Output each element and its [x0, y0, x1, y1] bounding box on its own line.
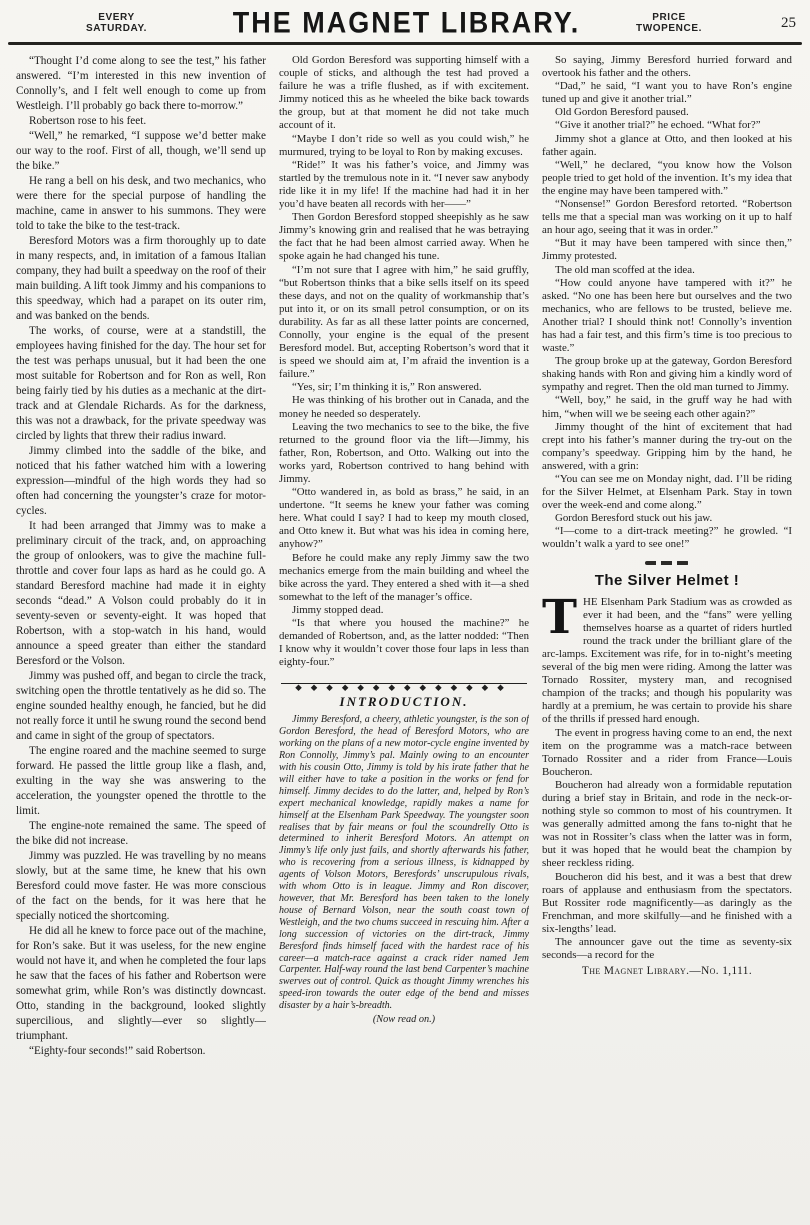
- paragraph: Boucheron had already won a formidable r…: [542, 779, 792, 871]
- section-heading: The Silver Helmet !: [542, 572, 792, 589]
- issue-frequency-line1: EVERY: [14, 12, 219, 23]
- paragraph: “But it may have been tampered with sinc…: [542, 237, 792, 263]
- paragraph: Before he could make any reply Jimmy saw…: [279, 552, 529, 604]
- column-2: Old Gordon Beresford was supporting hims…: [279, 54, 529, 1214]
- paragraph: He did all he knew to force pace out of …: [16, 924, 266, 1044]
- paragraph: Jimmy thought of the hint of excitement …: [542, 421, 792, 473]
- column-1: “Thought I’d come along to see the test,…: [16, 54, 266, 1214]
- paragraph: “Yes, sir; I’m thinking it is,” Ron answ…: [279, 381, 529, 394]
- paragraph: Boucheron did his best, and it was a bes…: [542, 871, 792, 936]
- text-columns: “Thought I’d come along to see the test,…: [0, 45, 810, 1214]
- issue-price-line2: TWOPENCE.: [594, 23, 744, 34]
- paragraph: “I—come to a dirt-track meeting?” he gro…: [542, 525, 792, 551]
- paragraph: So saying, Jimmy Beresford hurried forwa…: [542, 54, 792, 80]
- paragraph: “Otto wandered in, as bold as brass,” he…: [279, 486, 529, 551]
- opening-paragraph: THE Elsenham Park Stadium was as crowded…: [542, 596, 792, 727]
- paragraph: Jimmy was puzzled. He was travelling by …: [16, 849, 266, 924]
- paragraph: Old Gordon Beresford paused.: [542, 106, 792, 119]
- magazine-page: EVERY SATURDAY. THE MAGNET LIBRARY. PRIC…: [0, 0, 810, 1225]
- paragraph: The engine roared and the machine seemed…: [16, 744, 266, 819]
- paragraph: “Dad,” he said, “I want you to have Ron’…: [542, 80, 792, 106]
- paragraph: Beresford Motors was a firm thoroughly u…: [16, 234, 266, 324]
- paragraph: Then Gordon Beresford stopped sheepishly…: [279, 211, 529, 263]
- drop-cap: T: [542, 596, 583, 639]
- issue-price: PRICE TWOPENCE.: [594, 12, 744, 34]
- paragraph: The group broke up at the gateway, Gordo…: [542, 355, 792, 394]
- paragraph: “Give it another trial?” he echoed. “Wha…: [542, 119, 792, 132]
- paragraph: “How could anyone have tampered with it?…: [542, 277, 792, 356]
- introduction-body: Jimmy Beresford, a cheery, athletic youn…: [279, 714, 529, 1012]
- column-3: So saying, Jimmy Beresford hurried forwa…: [542, 54, 792, 1214]
- issue-colophon: The Magnet Library.—No. 1,111.: [542, 965, 792, 977]
- paragraph: He rang a bell on his desk, and two mech…: [16, 174, 266, 234]
- now-read-on: (Now read on.): [279, 1014, 529, 1025]
- paragraph: Jimmy stopped dead.: [279, 604, 529, 617]
- paragraph: Jimmy climbed into the saddle of the bik…: [16, 444, 266, 519]
- paragraph: “Thought I’d come along to see the test,…: [16, 54, 266, 114]
- paragraph: “You can see me on Monday night, dad. I’…: [542, 473, 792, 512]
- paragraph: “Is that where you housed the machine?” …: [279, 617, 529, 669]
- diamond-chain-icon: ◆◆◆◆◆◆◆◆◆◆◆◆◆◆: [295, 683, 513, 693]
- paragraph: “Well, boy,” he said, in the gruff way h…: [542, 394, 792, 420]
- paragraph: “Eighty-four seconds!” said Robertson.: [16, 1044, 266, 1059]
- paragraph: “Ride!” It was his father’s voice, and J…: [279, 159, 529, 211]
- paragraph: The event in progress having come to an …: [542, 727, 792, 779]
- issue-price-line1: PRICE: [594, 12, 744, 23]
- paragraph: “Well,” he remarked, “I suppose we’d bet…: [16, 129, 266, 174]
- paragraph: Gordon Beresford stuck out his jaw.: [542, 512, 792, 525]
- paragraph: The works, of course, were at a standsti…: [16, 324, 266, 444]
- paragraph: Old Gordon Beresford was supporting hims…: [279, 54, 529, 133]
- diamond-divider: ◆◆◆◆◆◆◆◆◆◆◆◆◆◆: [279, 677, 529, 690]
- paragraph: “Well,” he declared, “you know how the V…: [542, 159, 792, 198]
- paragraph: The engine-note remained the same. The s…: [16, 819, 266, 849]
- issue-frequency-line2: SATURDAY.: [14, 23, 219, 34]
- paragraph: Robertson rose to his feet.: [16, 114, 266, 129]
- issue-frequency: EVERY SATURDAY.: [14, 12, 219, 34]
- page-number: 25: [744, 15, 796, 32]
- introduction-heading: INTRODUCTION.: [279, 694, 529, 710]
- paragraph: He was thinking of his brother out in Ca…: [279, 394, 529, 420]
- paragraph: Jimmy shot a glance at Otto, and then lo…: [542, 133, 792, 159]
- paragraph: “Nonsense!” Gordon Beresford retorted. “…: [542, 198, 792, 237]
- masthead-title: THE MAGNET LIBRARY.: [219, 6, 594, 39]
- page-header: EVERY SATURDAY. THE MAGNET LIBRARY. PRIC…: [0, 0, 810, 38]
- paragraph: It had been arranged that Jimmy was to m…: [16, 519, 266, 669]
- paragraph: The announcer gave out the time as seven…: [542, 936, 792, 962]
- paragraph: “I’m not sure that I agree with him,” he…: [279, 264, 529, 382]
- paragraph: “Maybe I don’t ride so well as you could…: [279, 133, 529, 159]
- paragraph: The old man scoffed at the idea.: [542, 264, 792, 277]
- paragraph: Leaving the two mechanics to see to the …: [279, 421, 529, 486]
- squiggle-ornament-icon: [645, 561, 689, 565]
- paragraph: Jimmy was pushed off, and began to circl…: [16, 669, 266, 744]
